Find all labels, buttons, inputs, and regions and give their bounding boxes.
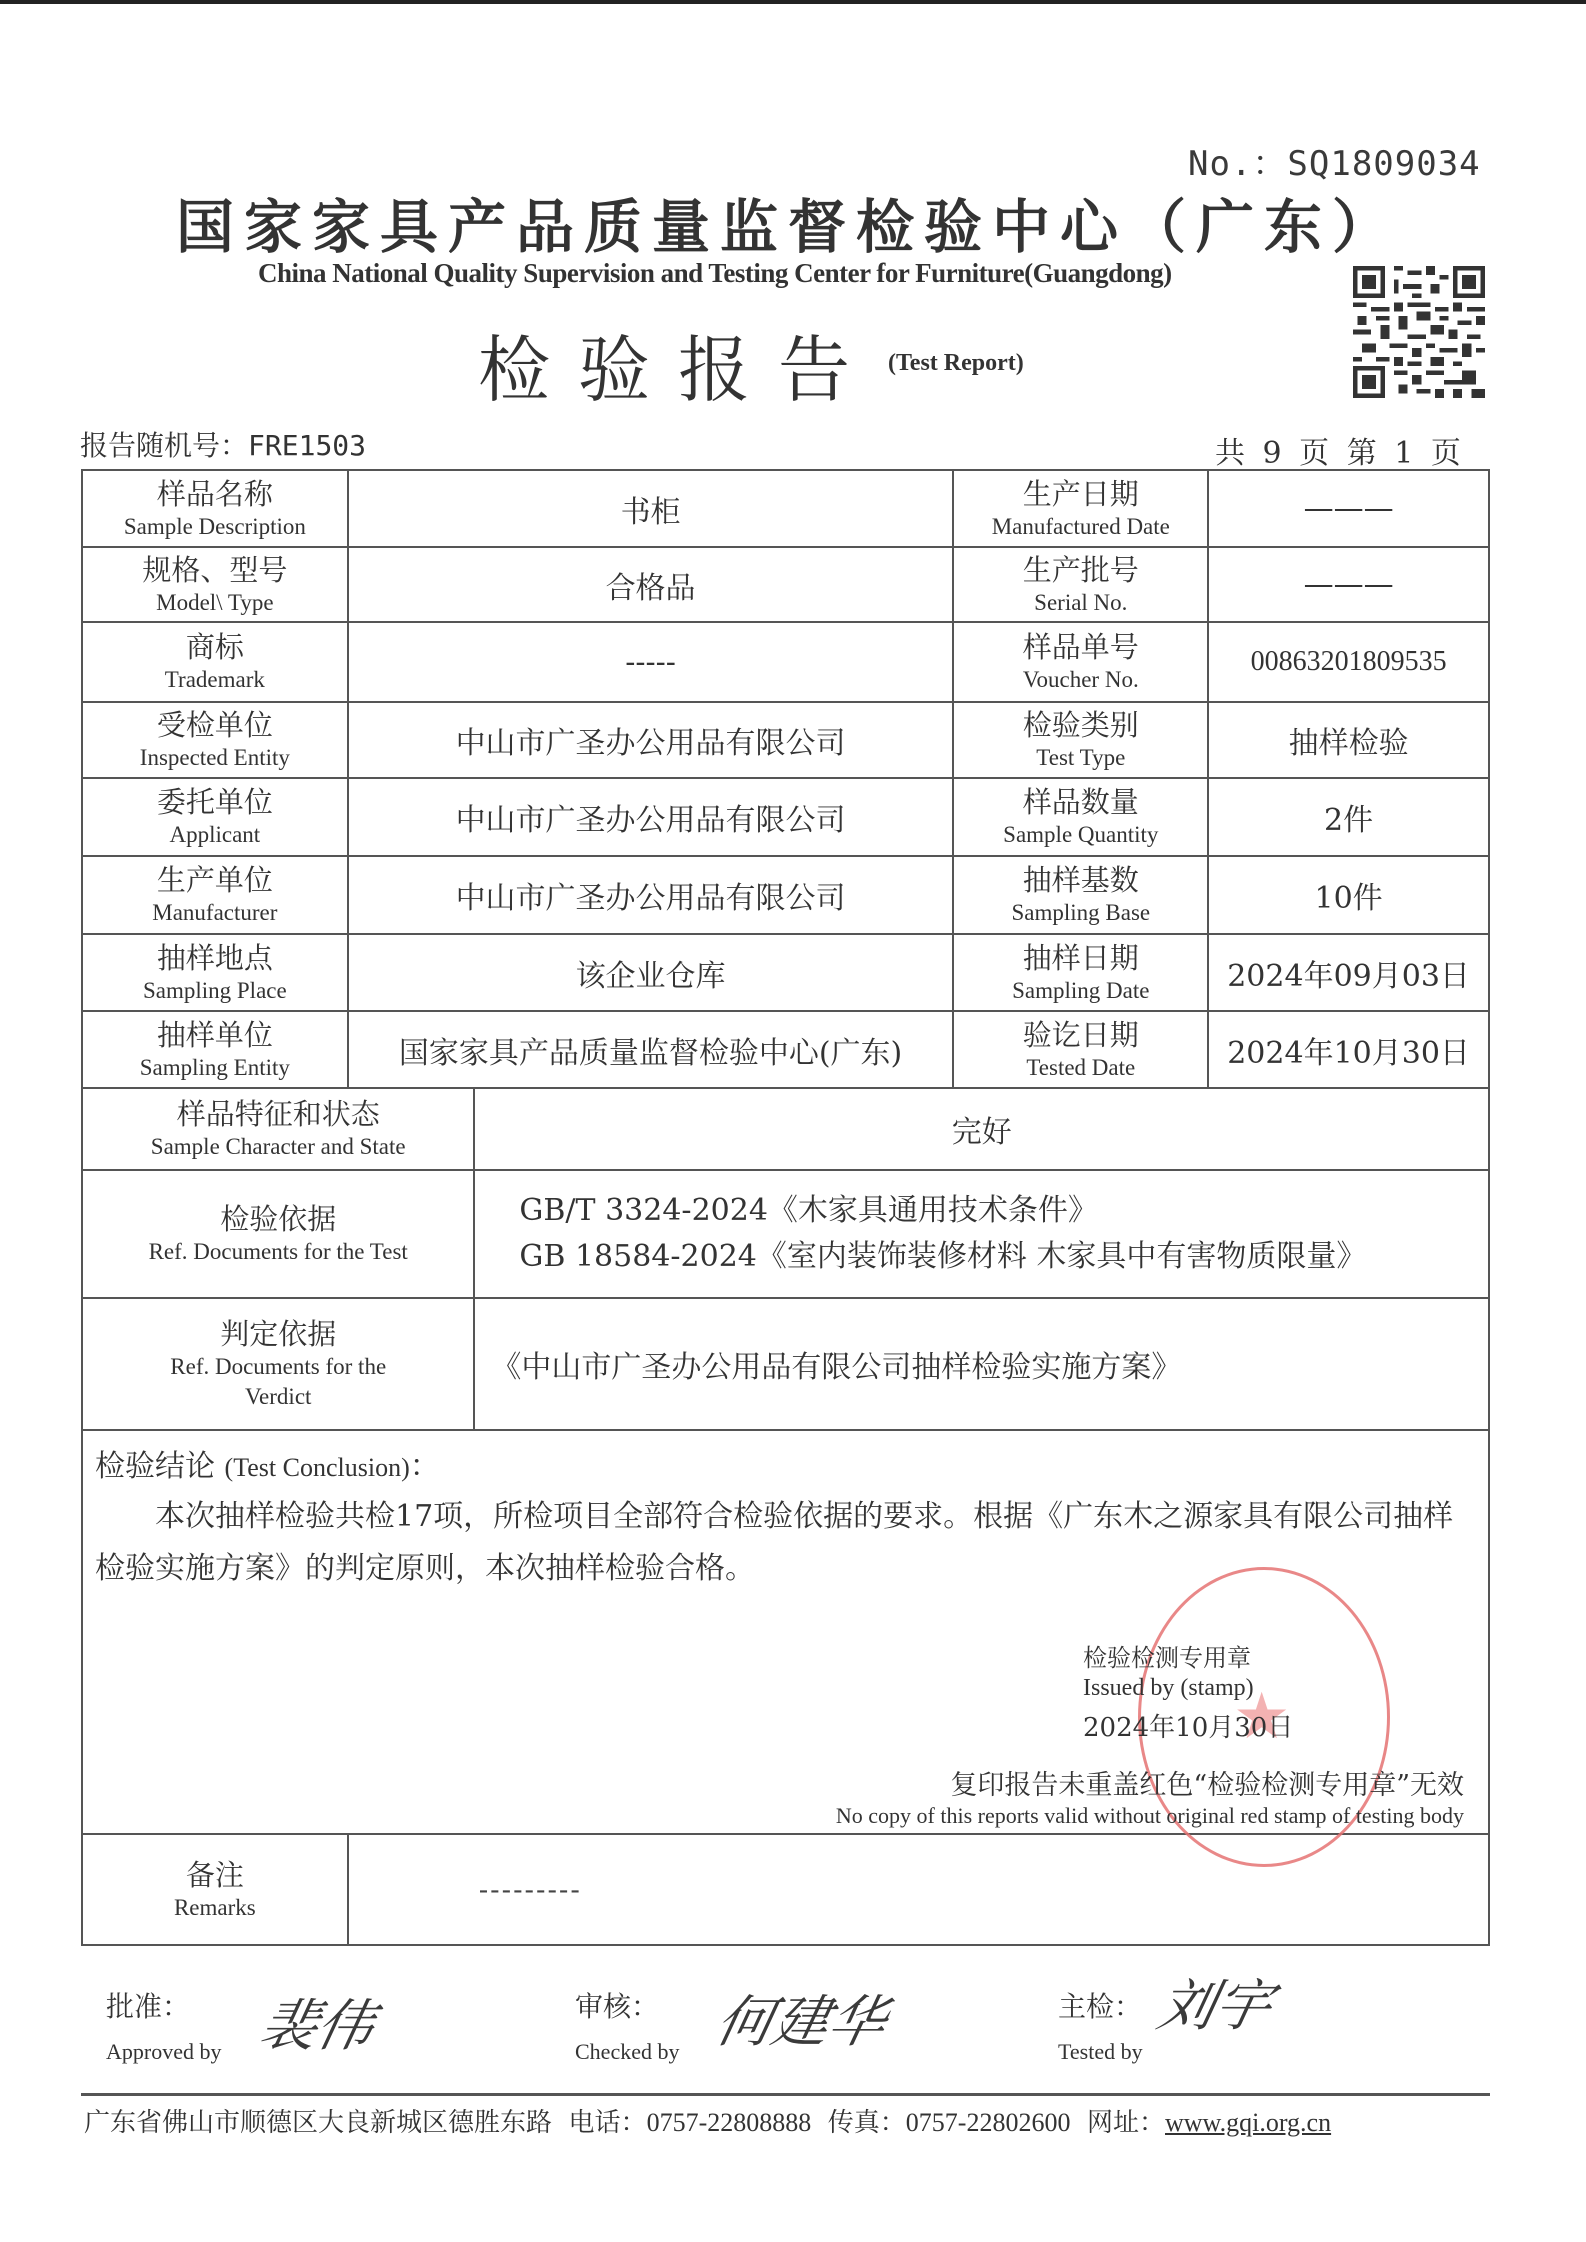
applicant-value: 中山市广圣办公用品有限公司 [348,778,954,856]
report-number-value: SQ1809034 [1287,144,1480,184]
approved-by: 批准：Approved by [106,1985,221,2065]
report-number: No.：SQ1809034 [1188,136,1481,185]
sampling-place-value: 该企业仓库 [348,934,954,1011]
stamp-label-en: Issued by (stamp) [1083,1673,1413,1703]
test-ref-item: GB/T 3324-2024《木家具通用技术条件》 [519,1188,1488,1234]
verdict-refs-value: 《中山市广圣办公用品有限公司抽样检验实施方案》 [474,1298,1489,1430]
table-row: 检验结论 (Test Conclusion)： 本次抽样检验共检17项，所检项目… [82,1430,1489,1834]
footer-contact: 广东省佛山市顺德区大良新城区德胜东路 电话：0757-22808888 传真：0… [84,2102,1331,2139]
table-row: 规格、型号Model\ Type 合格品 生产批号Serial No. ——— [82,547,1489,622]
random-number: 报告随机号：FRE1503 [80,424,366,464]
scan-top-edge [0,0,1586,4]
tested-date-value: 2024年10月30日 [1208,1011,1489,1088]
field-label: 生产日期Manufactured Date [953,470,1208,547]
random-number-value: FRE1503 [248,429,366,462]
org-name-en: China National Quality Supervision and T… [258,258,1172,289]
field-label: 商标Trademark [82,622,348,702]
field-label: 受检单位Inspected Entity [82,702,348,778]
model-type-value: 合格品 [348,547,954,622]
report-number-label: No.： [1188,144,1287,184]
org-name-cn: 国家家具产品质量监督检验中心（广东） [176,180,1400,264]
table-row: 抽样地点Sampling Place 该企业仓库 抽样日期Sampling Da… [82,934,1489,1011]
doc-title-en: (Test Report) [888,350,1024,377]
phone: 0757-22808888 [647,2108,812,2137]
sample-state-label: 样品特征和状态Sample Character and State [82,1088,474,1170]
issue-date: 2024年10月30日 [1083,1703,1413,1753]
sampling-base-value: 10件 [1208,856,1489,934]
table-row: 商标Trademark ----- 样品单号Voucher No. 008632… [82,622,1489,702]
copy-notice-en: No copy of this reports valid without or… [836,1803,1464,1829]
field-label: 抽样基数Sampling Base [953,856,1208,934]
conclusion-heading: 检验结论 (Test Conclusion)： [95,1441,440,1485]
table-row: 生产单位Manufacturer 中山市广圣办公用品有限公司 抽样基数Sampl… [82,856,1489,934]
table-row: 委托单位Applicant 中山市广圣办公用品有限公司 样品数量Sample Q… [82,778,1489,856]
footer-divider [81,2093,1490,2096]
field-label: 验讫日期Tested Date [953,1011,1208,1088]
doc-title-cn: 检验报告 [478,312,878,416]
inspected-entity-value: 中山市广圣办公用品有限公司 [348,702,954,778]
issued-by-block: 检验检测专用章 Issued by (stamp) 2024年10月30日 [1083,1643,1413,1753]
field-label: 样品数量Sample Quantity [953,778,1208,856]
sampling-date-value: 2024年09月03日 [1208,934,1489,1011]
conclusion-section: 检验结论 (Test Conclusion)： 本次抽样检验共检17项，所检项目… [82,1430,1489,1834]
qr-code-icon[interactable] [1353,266,1485,398]
test-type-value: 抽样检验 [1208,702,1489,778]
field-label: 抽样单位Sampling Entity [82,1011,348,1088]
report-info-table: 样品名称Sample Description 书柜 生产日期Manufactur… [81,469,1490,1946]
test-ref-item: GB 18584-2024《室内装饰装修材料 木家具中有害物质限量》 [519,1234,1488,1280]
manufactured-date-value: ——— [1208,470,1489,547]
page-info: 共 9 页 第 1 页 [1215,428,1465,472]
checker-signature: 何建华 [709,1978,894,2058]
field-label: 样品单号Voucher No. [953,622,1208,702]
verdict-refs-label: 判定依据Ref. Documents for theVerdict [82,1298,474,1430]
remarks-label: 备注Remarks [82,1834,348,1945]
field-label: 委托单位Applicant [82,778,348,856]
tested-by: 主检：Tested by [1058,1985,1143,2065]
sample-state-value: 完好 [474,1088,1489,1170]
tester-signature: 刘宇 [1151,1962,1280,2042]
table-row: 抽样单位Sampling Entity 国家家具产品质量监督检验中心(广东) 验… [82,1011,1489,1088]
table-row: 样品特征和状态Sample Character and State 完好 [82,1088,1489,1170]
address: 广东省佛山市顺德区大良新城区德胜东路 [84,2108,552,2138]
trademark-value: ----- [348,622,954,702]
website-link[interactable]: www.gqi.org.cn [1165,2108,1331,2137]
table-row: 判定依据Ref. Documents for theVerdict 《中山市广圣… [82,1298,1489,1430]
serial-no-value: ——— [1208,547,1489,622]
table-row: 检验依据Ref. Documents for the Test GB/T 332… [82,1170,1489,1298]
voucher-no-value: 00863201809535 [1208,622,1489,702]
fax: 0757-22802600 [906,2108,1071,2137]
random-number-label: 报告随机号： [80,429,248,462]
sampling-entity-value: 国家家具产品质量监督检验中心(广东) [348,1011,954,1088]
field-label: 检验类别Test Type [953,702,1208,778]
field-label: 抽样日期Sampling Date [953,934,1208,1011]
test-refs-list: GB/T 3324-2024《木家具通用技术条件》 GB 18584-2024《… [474,1170,1489,1298]
stamp-label-cn: 检验检测专用章 [1083,1643,1413,1673]
field-label: 生产单位Manufacturer [82,856,348,934]
field-label: 样品名称Sample Description [82,470,348,547]
manufacturer-value: 中山市广圣办公用品有限公司 [348,856,954,934]
sample-quantity-value: 2件 [1208,778,1489,856]
approver-signature: 裴伟 [253,1982,382,2062]
sample-description-value: 书柜 [348,470,954,547]
field-label: 规格、型号Model\ Type [82,547,348,622]
test-refs-label: 检验依据Ref. Documents for the Test [82,1170,474,1298]
table-row: 受检单位Inspected Entity 中山市广圣办公用品有限公司 检验类别T… [82,702,1489,778]
copy-notice-cn: 复印报告未重盖红色“检验检测专用章”无效 [950,1763,1464,1802]
checked-by: 审核：Checked by [575,1985,679,2065]
table-row: 样品名称Sample Description 书柜 生产日期Manufactur… [82,470,1489,547]
field-label: 生产批号Serial No. [953,547,1208,622]
field-label: 抽样地点Sampling Place [82,934,348,1011]
